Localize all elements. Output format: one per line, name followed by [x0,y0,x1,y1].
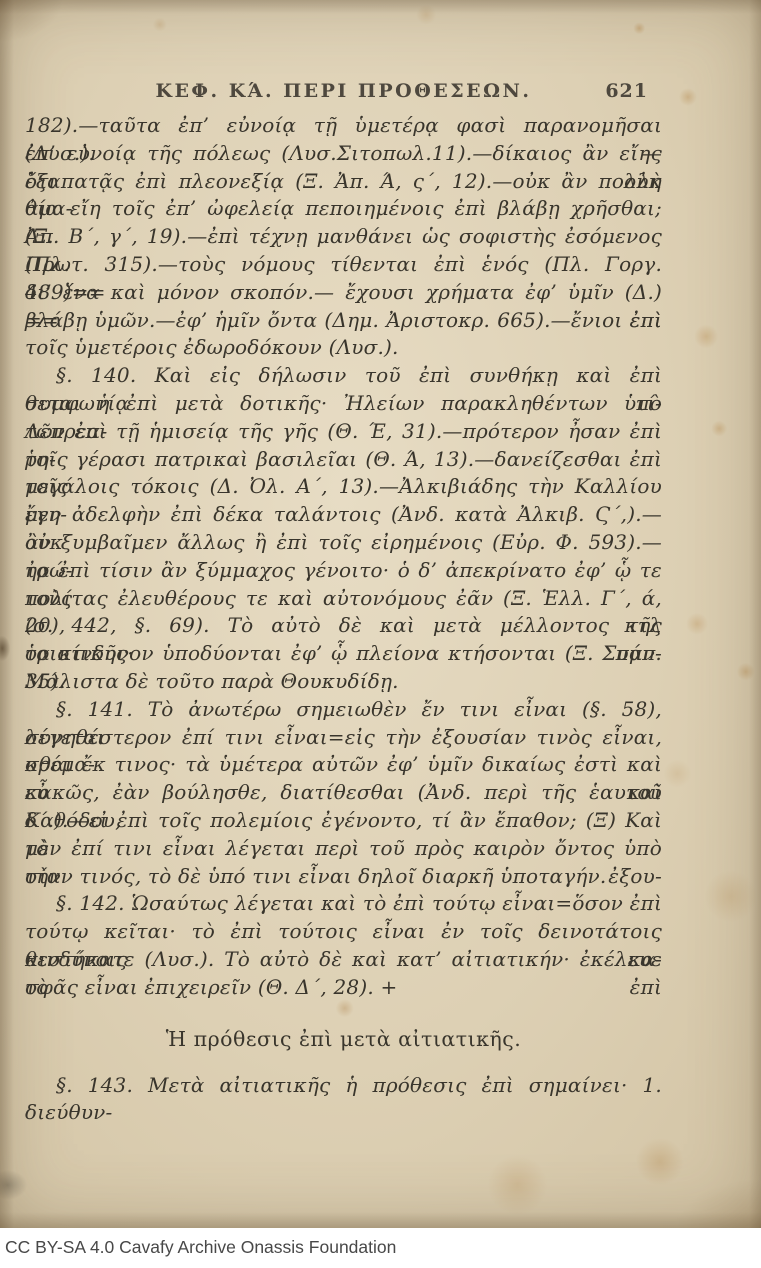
page-header: ΚΕΦ. ΚΆ. ΠΕΡΙ ΠΡΟΘΕΣΕΩΝ. 621 [25,80,662,106]
text-line: δ΄.).—εἰ ἐπὶ τοῖς πολεμίοις ἐγένοντο, τί… [25,807,662,835]
text-line: §. 143. Μετὰ αἰτιατικῆς ἡ πρόθεσις ἐπὶ σ… [25,1072,662,1100]
text-line: συνηθέστερον ἐπί τινι εἶναι=εἰς τὴν ἐξου… [25,724,662,752]
text-line: τα κίνδυνον ὑποδύονται ἐφ’ ᾧ πλείονα κτή… [25,640,662,668]
text-line: σθαι ἔκ τινος· τὰ ὑμέτερα αὐτῶν ἐφ’ ὑμῖν… [25,751,662,779]
text-line: §. 141. Τὸ ἀνωτέρω σημειωθὲν ἔν τινι εἶν… [25,696,662,724]
license-bar: CC BY-SA 4.0 Cavafy Archive Onassis Foun… [0,1228,761,1268]
license-text: CC BY-SA 4.0 Cavafy Archive Onassis Foun… [0,1228,761,1266]
text-line: τα ἐπὶ τίσιν ἂν ξύμμαχος γένοιτο· ὁ δ’ ἀ… [25,557,662,585]
text-line: μεγάλοις τόκοις (Δ. Ὀλ. Α΄, 13).—Ἀλκιβιά… [25,473,662,501]
text-line: μεν ἀδελφὴν ἐπὶ δέκα ταλάντοις (Ἀνδ. κατ… [25,501,662,529]
text-line: θεται ἡ ἐπὶ μετὰ δοτικῆς· Ἠλείων παρακλη… [25,390,662,418]
text-line: θία εἴη τοῖς ἐπ’ ὠφελείᾳ πεποιημένοις ἐπ… [25,195,662,223]
page-number: 621 [605,80,648,102]
body-text-block: 182).—ταῦτα ἐπ’ εὐνοίᾳ τῇ ὑμετέρᾳ φασὶ π… [25,112,662,1099]
text-line: δι’ ἕνα καὶ μόνον σκοπόν.— ἔχουσι χρήματ… [25,279,662,307]
text-line: τούτῳ κεῖται· τὸ ἐπὶ τούτοις εἶναι ἐν το… [25,918,662,946]
text-line: Μάλιστα δὲ τοῦτο παρὰ Θουκυδίδῃ. [25,668,662,696]
text-line: ἂν ξυμβαῖμεν ἄλλως ἢ ἐπὶ τοῖς εἰρημένοις… [25,529,662,557]
text-line: §. 140. Καὶ εἰς δήλωσιν τοῦ ἐπὶ συνθήκῃ … [25,362,662,390]
text-line: §. 142. Ὡσαύτως λέγεται καὶ τὸ ἐπὶ τούτῳ… [25,890,662,918]
text-line: θεστήκατε (Λυσ.). Τὸ αὐτὸ δὲ καὶ κατ’ αἰ… [25,946,662,974]
text-line: Πρωτ. 315).—τοὺς νόμους τίθενται ἐπὶ ἑνό… [25,251,662,279]
text-line: Ἀπ. Β΄, γ΄, 19).—ἐπὶ τέχνῃ μανθάνει ὡς σ… [25,223,662,251]
text-line: ἐπ’ εὐνοίᾳ τῆς πόλεως (Λυσ.Σιτοπωλ.11).—… [25,140,662,168]
text-line: σίαν τινός, τὸ δὲ ὑπό τινι εἶναι δηλοῖ δ… [25,863,662,891]
text-line: κακῶς, ἐὰν βούλησθε, διατίθεσθαι (Ἀνδ. π… [25,779,662,807]
text-line: τῶν ἐπὶ τῇ ἡμισείᾳ τῆς γῆς (Θ. Έ, 31).—π… [25,418,662,446]
scanned-book-page: ΚΕΦ. ΚΆ. ΠΕΡΙ ΠΡΟΘΕΣΕΩΝ. 621 182).—ταῦτα… [0,0,761,1228]
text-line: τοῖς γέρασι πατρικαὶ βασιλεῖαι (Θ. Ά, 13… [25,446,662,474]
text-line: μὲν ἐπί τινι εἶναι λέγεται περὶ τοῦ πρὸς… [25,835,662,863]
text-line: ἐξαπατᾷς ἐπὶ πλεονεξίᾳ (Ξ. Ἀπ. Ά, ς΄, 12… [25,168,662,196]
text-line: (σ. 442, §. 69). Τὸ αὐτὸ δὲ καὶ μετὰ μέλ… [25,612,662,640]
text-line: 182).—ταῦτα ἐπ’ εὐνοίᾳ τῇ ὑμετέρᾳ φασὶ π… [25,112,662,140]
text-line: τοῖς ὑμετέροις ἐδωροδόκουν (Λυσ.). [25,334,662,362]
chapter-title: ΚΕΦ. ΚΆ. ΠΕΡΙ ΠΡΟΘΕΣΕΩΝ. [25,80,662,102]
text-line: πολίτας ἐλευθέρους τε καὶ αὐτονόμους ἐᾶν… [25,585,662,613]
text-line: βλάβῃ ὑμῶν.—ἐφ’ ἡμῖν ὄντα (Δημ. Ἀριστοκρ… [25,307,662,335]
section-heading: Ἡ πρόθεσις ἐπὶ μετὰ αἰτιατικῆς. [25,1024,662,1054]
